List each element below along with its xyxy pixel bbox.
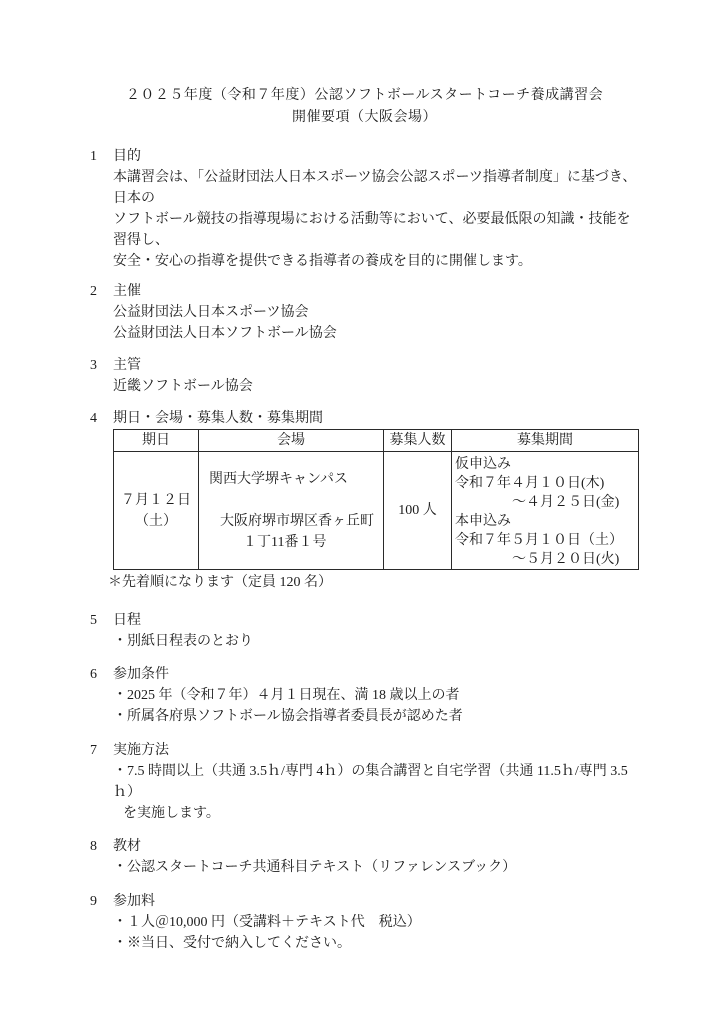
section-conditions-body: ・2025 年（令和７年）４月１日現在、満 18 歳以上の者 ・所属各府県ソフト…: [113, 685, 639, 727]
title-line-1: ２０２５年度（令和７年度）公認ソフトボールスタートコーチ養成講習会: [90, 85, 639, 107]
section-management: 3 主管 近畿ソフトボール協会: [90, 355, 639, 397]
schedule-cell-venue: 関西大学堺キャンパス 大阪府堺市堺区香ヶ丘町 １丁11番１号: [199, 452, 384, 570]
section-method-head: 7 実施方法: [90, 740, 639, 761]
schedule-cell-date: ７月１２日 （土）: [114, 452, 199, 570]
section-schedule-number: 4: [90, 408, 113, 429]
schedule-header-period: 募集期間: [452, 430, 639, 452]
management-line-1: 近畿ソフトボール協会: [113, 376, 639, 397]
date-line-2: （土）: [114, 511, 198, 532]
section-materials-head: 8 教材: [90, 836, 639, 857]
venue-line-3: １丁11番１号: [243, 532, 383, 553]
schedule-table-header-row: 期日 会場 募集人数 募集期間: [114, 430, 639, 452]
section-purpose-number: 1: [90, 146, 113, 167]
section-conditions: 6 参加条件 ・2025 年（令和７年）４月１日現在、満 18 歳以上の者 ・所…: [90, 664, 639, 727]
section-itinerary-heading: 日程: [113, 610, 141, 631]
schedule-header-capacity: 募集人数: [384, 430, 452, 452]
period-lines: 仮申込み 令和７年４月１０日(木) ～４月２５日(金) 本申込み 令和７年５月１…: [452, 452, 638, 569]
section-purpose-heading: 目的: [113, 146, 141, 167]
section-fee-heading: 参加料: [113, 891, 155, 912]
section-fee-head: 9 参加料: [90, 891, 639, 912]
section-organizer-number: 2: [90, 281, 113, 302]
itinerary-bullet-1: ・別紙日程表のとおり: [113, 631, 639, 652]
section-fee-body: ・１人＠10,000 円（受講料＋テキスト代 税込） ・※当日、受付で納入してく…: [113, 912, 639, 954]
schedule-header-venue: 会場: [199, 430, 384, 452]
section-organizer: 2 主催 公益財団法人日本スポーツ協会 公益財団法人日本ソフトボール協会: [90, 281, 639, 344]
section-conditions-head: 6 参加条件: [90, 664, 639, 685]
section-materials-number: 8: [90, 836, 113, 857]
section-itinerary-number: 5: [90, 610, 113, 631]
fee-bullet-1: ・１人＠10,000 円（受講料＋テキスト代 税込）: [113, 912, 639, 933]
schedule-cell-capacity: 100 人: [384, 452, 452, 570]
schedule-table-data-row: ７月１２日 （土） 関西大学堺キャンパス 大阪府堺市堺区香ヶ丘町 １丁11番１号…: [114, 452, 639, 570]
section-management-body: 近畿ソフトボール協会: [113, 376, 639, 397]
conditions-bullet-2: ・所属各府県ソフトボール協会指導者委員長が認めた者: [113, 706, 639, 727]
section-method: 7 実施方法 ・7.5 時間以上（共通 3.5ｈ/専門 4ｈ）の集合講習と自宅学…: [90, 740, 639, 824]
section-fee: 9 参加料 ・１人＠10,000 円（受講料＋テキスト代 税込） ・※当日、受付…: [90, 891, 639, 954]
section-itinerary-body: ・別紙日程表のとおり: [113, 631, 639, 652]
conditions-bullet-1: ・2025 年（令和７年）４月１日現在、満 18 歳以上の者: [113, 685, 639, 706]
purpose-body-line-1: 本講習会は、「公益財団法人日本スポーツ協会公認スポーツ指導者制度」に基づき、日本…: [113, 167, 639, 209]
method-bullet-1: ・7.5 時間以上（共通 3.5ｈ/専門 4ｈ）の集合講習と自宅学習（共通 11…: [113, 761, 639, 803]
schedule-header-date: 期日: [114, 430, 199, 452]
section-organizer-heading: 主催: [113, 281, 141, 302]
section-conditions-heading: 参加条件: [113, 664, 169, 685]
period-line-6: ～５月２０日(火): [512, 550, 638, 569]
venue-line-2: 大阪府堺市堺区香ヶ丘町: [220, 511, 383, 532]
period-line-5: 令和７年５月１０日（土）: [455, 531, 638, 550]
section-management-heading: 主管: [113, 355, 141, 376]
venue-spacer: [199, 490, 383, 511]
section-method-heading: 実施方法: [113, 740, 169, 761]
schedule-table-note: ＊先着順になります（定員 120 名）: [108, 572, 639, 593]
section-schedule: 4 期日・会場・募集人数・募集期間 期日 会場 募集人数 募集期間 ７月１２日 …: [90, 408, 639, 593]
section-method-number: 7: [90, 740, 113, 761]
period-line-2: 令和７年４月１０日(木): [455, 474, 638, 493]
section-materials-heading: 教材: [113, 836, 141, 857]
section-purpose-body: 本講習会は、「公益財団法人日本スポーツ協会公認スポーツ指導者制度」に基づき、日本…: [113, 167, 639, 272]
section-itinerary-head: 5 日程: [90, 610, 639, 631]
section-schedule-heading: 期日・会場・募集人数・募集期間: [113, 408, 323, 429]
organizer-line-1: 公益財団法人日本スポーツ協会: [113, 302, 639, 323]
capacity-value: 100 人: [398, 503, 437, 518]
purpose-body-line-2: ソフトボール競技の指導現場における活動等において、必要最低限の知識・技能を習得し…: [113, 209, 639, 251]
section-organizer-body: 公益財団法人日本スポーツ協会 公益財団法人日本ソフトボール協会: [113, 302, 639, 344]
venue-line-1: 関西大学堺キャンパス: [209, 469, 383, 490]
section-purpose: 1 目的 本講習会は、「公益財団法人日本スポーツ協会公認スポーツ指導者制度」に基…: [90, 146, 639, 272]
method-bullet-1-continuation: を実施します。: [123, 803, 639, 824]
title-line-2: 開催要項（大阪会場）: [90, 107, 639, 129]
section-organizer-head: 2 主催: [90, 281, 639, 302]
section-management-head: 3 主管: [90, 355, 639, 376]
section-itinerary: 5 日程 ・別紙日程表のとおり: [90, 610, 639, 652]
section-purpose-head: 1 目的: [90, 146, 639, 167]
section-method-body: ・7.5 時間以上（共通 3.5ｈ/専門 4ｈ）の集合講習と自宅学習（共通 11…: [113, 761, 639, 824]
period-line-4: 本申込み: [455, 512, 638, 531]
section-conditions-number: 6: [90, 664, 113, 685]
document-page: ２０２５年度（令和７年度）公認ソフトボールスタートコーチ養成講習会 開催要項（大…: [0, 0, 724, 1024]
section-management-number: 3: [90, 355, 113, 376]
period-line-1: 仮申込み: [455, 455, 638, 474]
section-fee-number: 9: [90, 891, 113, 912]
period-line-3: ～４月２５日(金): [512, 493, 638, 512]
fee-bullet-2: ・※当日、受付で納入してください。: [113, 933, 639, 954]
date-line-1: ７月１２日: [114, 490, 198, 511]
section-materials-body: ・公認スタートコーチ共通科目テキスト（リファレンスブック）: [113, 857, 639, 878]
schedule-cell-period: 仮申込み 令和７年４月１０日(木) ～４月２５日(金) 本申込み 令和７年５月１…: [452, 452, 639, 570]
organizer-line-2: 公益財団法人日本ソフトボール協会: [113, 323, 639, 344]
schedule-table: 期日 会場 募集人数 募集期間 ７月１２日 （土） 関西大学堺キャンパス 大阪府…: [113, 429, 639, 570]
purpose-body-line-3: 安全・安心の指導を提供できる指導者の養成を目的に開催します。: [113, 251, 639, 272]
materials-bullet-1: ・公認スタートコーチ共通科目テキスト（リファレンスブック）: [113, 857, 639, 878]
section-schedule-head: 4 期日・会場・募集人数・募集期間: [90, 408, 639, 429]
section-materials: 8 教材 ・公認スタートコーチ共通科目テキスト（リファレンスブック）: [90, 836, 639, 878]
document-title: ２０２５年度（令和７年度）公認ソフトボールスタートコーチ養成講習会 開催要項（大…: [90, 85, 639, 129]
